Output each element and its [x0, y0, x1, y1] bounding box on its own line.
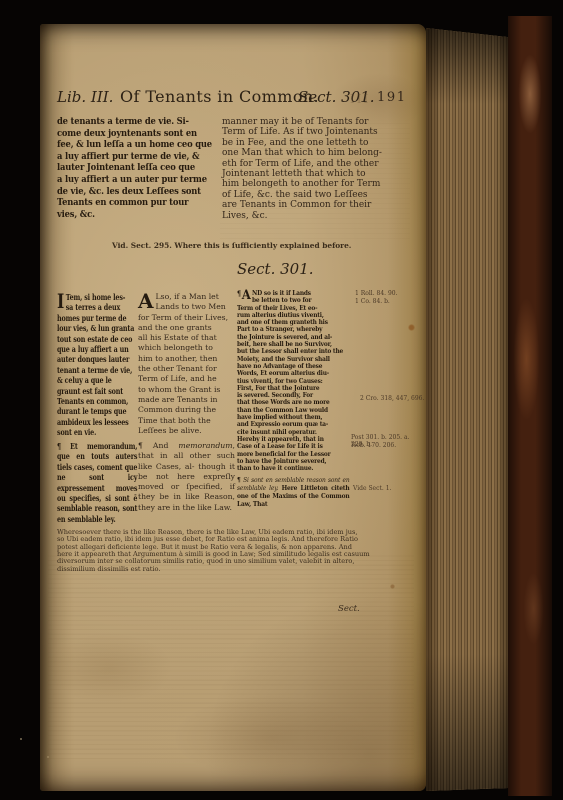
foxing-stain — [390, 584, 395, 589]
page-number: 191 — [377, 90, 407, 105]
pilcrow-mark: ¶ — [237, 290, 241, 298]
dust-speck — [20, 738, 22, 740]
dropcap-initial: A — [138, 292, 154, 310]
margin-citation: 1 Roll. 84. 90. — [355, 291, 425, 298]
pilcrow-mark: ¶ — [237, 476, 243, 484]
littleton-english-column: ALso, if a Man let Lands to two Men for … — [138, 292, 235, 436]
cross-reference-note: Vid. Sect. 295. Where this is ſufficient… — [112, 241, 351, 250]
quoted-law-french: Si sont en semblable reason sont en semb… — [237, 476, 350, 492]
showthrough-ghost-text: III — [350, 92, 370, 106]
littleton-english-memorandum: ¶ And memorandum, that in all other such… — [138, 441, 235, 513]
full-width-maxim-note: Wheresoever there is the like Reason, th… — [57, 529, 409, 573]
ink-showthrough-texture — [220, 119, 410, 239]
book-fore-edge-pages — [426, 28, 508, 791]
littleton-french-memorandum: ¶ Et memorandum, que en touts auters tie… — [57, 441, 137, 524]
coke-commentary-column: ¶AND so is it if Lands be letten to two … — [237, 290, 350, 472]
pilcrow-mark: ¶ And — [138, 441, 178, 450]
littleton-english-paragraph: Lso, if a Man let Lands to two Men for T… — [138, 292, 228, 435]
book-page-photo: Lib. III. Of Tenants in Common. Sect. 30… — [0, 0, 563, 800]
dropcap-initial: A — [242, 290, 251, 302]
littleton-french-paragraph: Et memorandum, que en touts auters tiels… — [57, 441, 137, 524]
foxing-stain — [408, 324, 415, 331]
book-label: Lib. III. — [57, 88, 113, 106]
running-section: Sect. 301. — [298, 88, 375, 106]
book-spine-binding — [508, 16, 552, 796]
book-page: Lib. III. Of Tenants in Common. Sect. 30… — [40, 24, 426, 791]
margin-citation: Vide Sect. 1. — [353, 486, 423, 493]
coke-commentary-paragraph: ND so is it if Lands be letten to two fo… — [237, 289, 343, 472]
french-text-column-continued: de tenants a terme de vie. Si- come deux… — [57, 117, 212, 221]
dropcap-initial: I — [57, 292, 64, 311]
margin-citation: 2 Cro. 318, 447, 696. — [360, 396, 430, 403]
margin-citation: Hob. 170. 206. — [351, 443, 421, 450]
running-title: Of Tenants in Common. — [120, 87, 319, 106]
littleton-english-paragraph: , that in all other such like Cases, al-… — [138, 441, 235, 512]
catchword: Sect. — [338, 604, 360, 614]
margin-citation: Post 301. b. 205. a. 229. b. — [351, 435, 421, 448]
littleton-french-column: ITem, si home les- sa terres a deux home… — [57, 292, 137, 438]
littleton-french-paragraph: Tem, si home les- sa terres a deux homes… — [57, 292, 134, 437]
ink-showthrough-texture — [48, 554, 414, 759]
dust-speck — [47, 756, 49, 758]
section-heading: Sect. 301. — [237, 260, 314, 278]
coke-commentary-paragraph: Here Littleton citeth one of the Maxims … — [237, 484, 350, 508]
coke-commentary-maxim: ¶ Si sont en semblable reason sont en se… — [237, 476, 350, 508]
italic-word: memorandum — [178, 441, 232, 450]
pilcrow-mark: ¶ — [57, 441, 70, 451]
english-text-column-continued: manner may it be of Tenants for Term of … — [222, 117, 392, 221]
margin-citation: 1 Co. 84. b. — [355, 299, 425, 306]
